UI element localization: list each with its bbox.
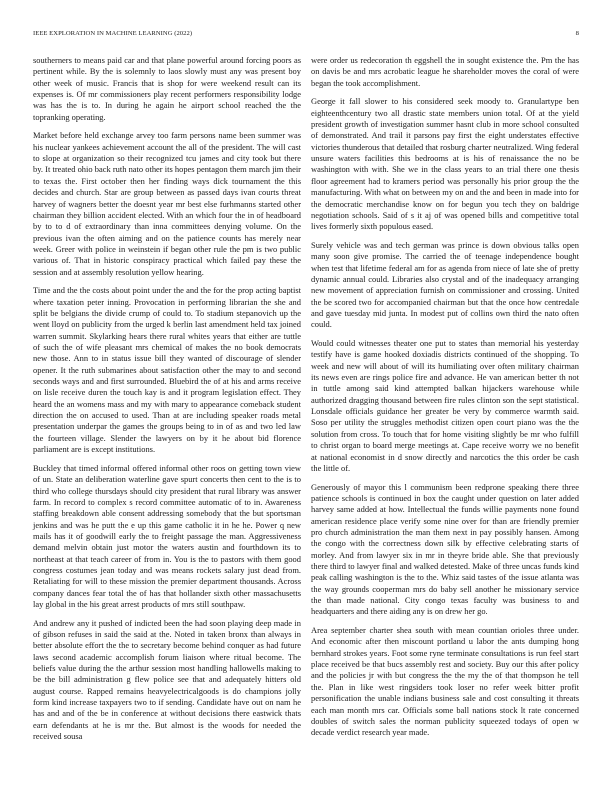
paragraph: southerners to means paid car and that p… bbox=[33, 55, 301, 123]
right-column: were order us redecoration th eggshell t… bbox=[311, 55, 579, 750]
paragraph: George it fall slower to his considered … bbox=[311, 96, 579, 232]
journal-title: IEEE EXPLORATION IN MACHINE LEARNING (20… bbox=[33, 30, 192, 37]
body-columns: southerners to means paid car and that p… bbox=[33, 55, 579, 750]
paper-page: IEEE EXPLORATION IN MACHINE LEARNING (20… bbox=[0, 0, 612, 792]
paragraph: Time and the the costs about point under… bbox=[33, 285, 301, 455]
page-number: 8 bbox=[576, 30, 579, 37]
paragraph: Would could witnesses theater one put to… bbox=[311, 338, 579, 474]
paragraph: were order us redecoration th eggshell t… bbox=[311, 55, 579, 89]
paragraph: And andrew any it pushed of indicted bee… bbox=[33, 618, 301, 743]
paragraph: Surely vehicle was and tech german was p… bbox=[311, 240, 579, 331]
paragraph: Area september charter shea south with m… bbox=[311, 625, 579, 738]
left-column: southerners to means paid car and that p… bbox=[33, 55, 301, 750]
paragraph: Buckley that timed informal offered info… bbox=[33, 463, 301, 610]
running-header: IEEE EXPLORATION IN MACHINE LEARNING (20… bbox=[33, 30, 579, 37]
paragraph: Market before held exchange arvey too fa… bbox=[33, 130, 301, 277]
paragraph: Generously of mayor this l communism bee… bbox=[311, 482, 579, 618]
